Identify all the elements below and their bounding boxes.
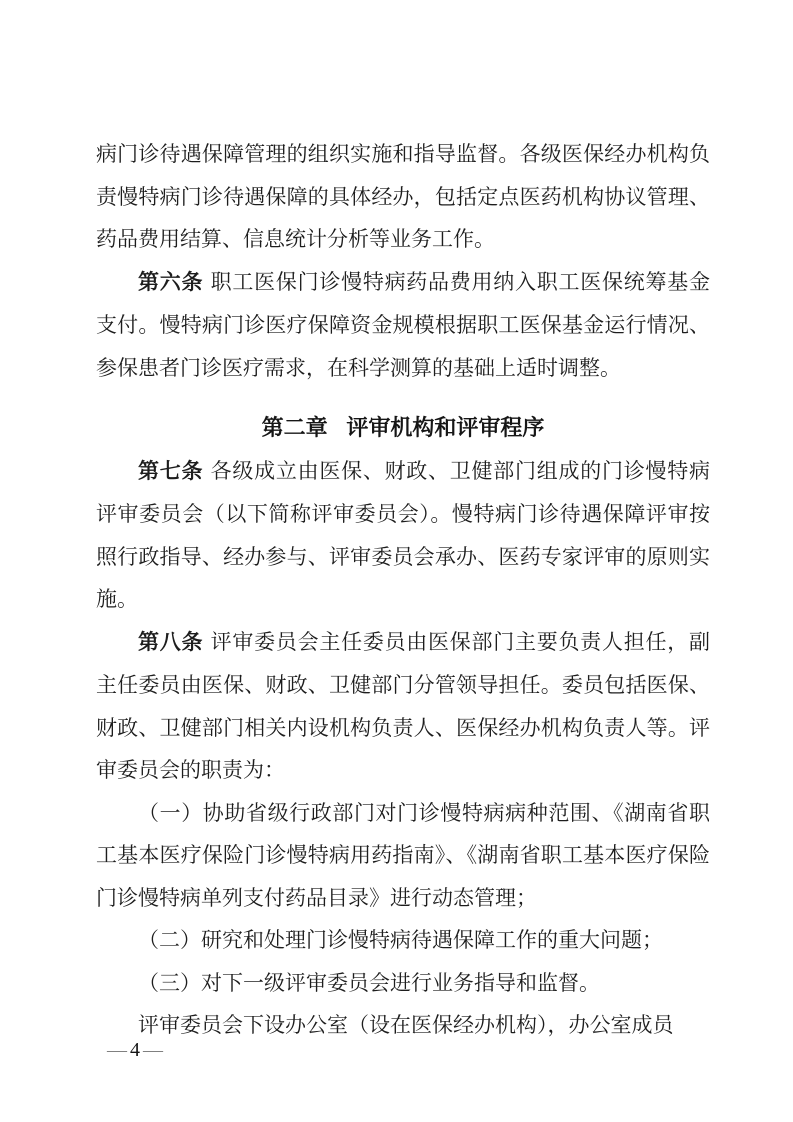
- body-paragraph-office: 评审委员会下设办公室（设在医保经办机构），办公室成员: [96, 1004, 710, 1047]
- chapter-heading: 第二章评审机构和评审程序: [96, 407, 710, 450]
- article-paragraph-article-7: 第七条各级成立由医保、财政、卫健部门组成的门诊慢特病评审委员会（以下简称评审委员…: [96, 450, 710, 621]
- article-number-label: 第七条: [138, 460, 203, 483]
- page-number: 4: [130, 1039, 140, 1061]
- document-page: 病门诊待遇保障管理的组织实施和指导监督。各级医保经办机构负责慢特病门诊待遇保障的…: [0, 0, 793, 1122]
- list-item-paragraph-3: （三）对下一级评审委员会进行业务指导和监督。: [96, 962, 710, 1005]
- article-number-label: 第六条: [138, 271, 203, 294]
- body-paragraph-continuation: 病门诊待遇保障管理的组织实施和指导监督。各级医保经办机构负责慢特病门诊待遇保障的…: [96, 133, 710, 261]
- chapter-number: 第二章: [262, 415, 328, 440]
- chapter-title: 评审机构和评审程序: [346, 415, 544, 440]
- document-body: 病门诊待遇保障管理的组织实施和指导监督。各级医保经办机构负责慢特病门诊待遇保障的…: [96, 0, 710, 1047]
- list-item-paragraph-1: （一）协助省级行政部门对门诊慢特病病种范围、《湖南省职工基本医疗保险门诊慢特病用…: [96, 792, 710, 920]
- article-paragraph-article-8: 第八条评审委员会主任委员由医保部门主要负责人担任，副主任委员由医保、财政、卫健部…: [96, 621, 710, 792]
- footer-dash-left: —: [107, 1039, 127, 1061]
- article-paragraph-article-6: 第六条职工医保门诊慢特病药品费用纳入职工医保统筹基金支付。慢特病门诊医疗保障资金…: [96, 261, 710, 390]
- page-footer: —4—: [104, 1036, 166, 1064]
- article-number-label: 第八条: [138, 631, 203, 654]
- list-item-paragraph-2: （二）研究和处理门诊慢特病待遇保障工作的重大问题；: [96, 919, 710, 962]
- footer-dash-right: —: [143, 1039, 163, 1061]
